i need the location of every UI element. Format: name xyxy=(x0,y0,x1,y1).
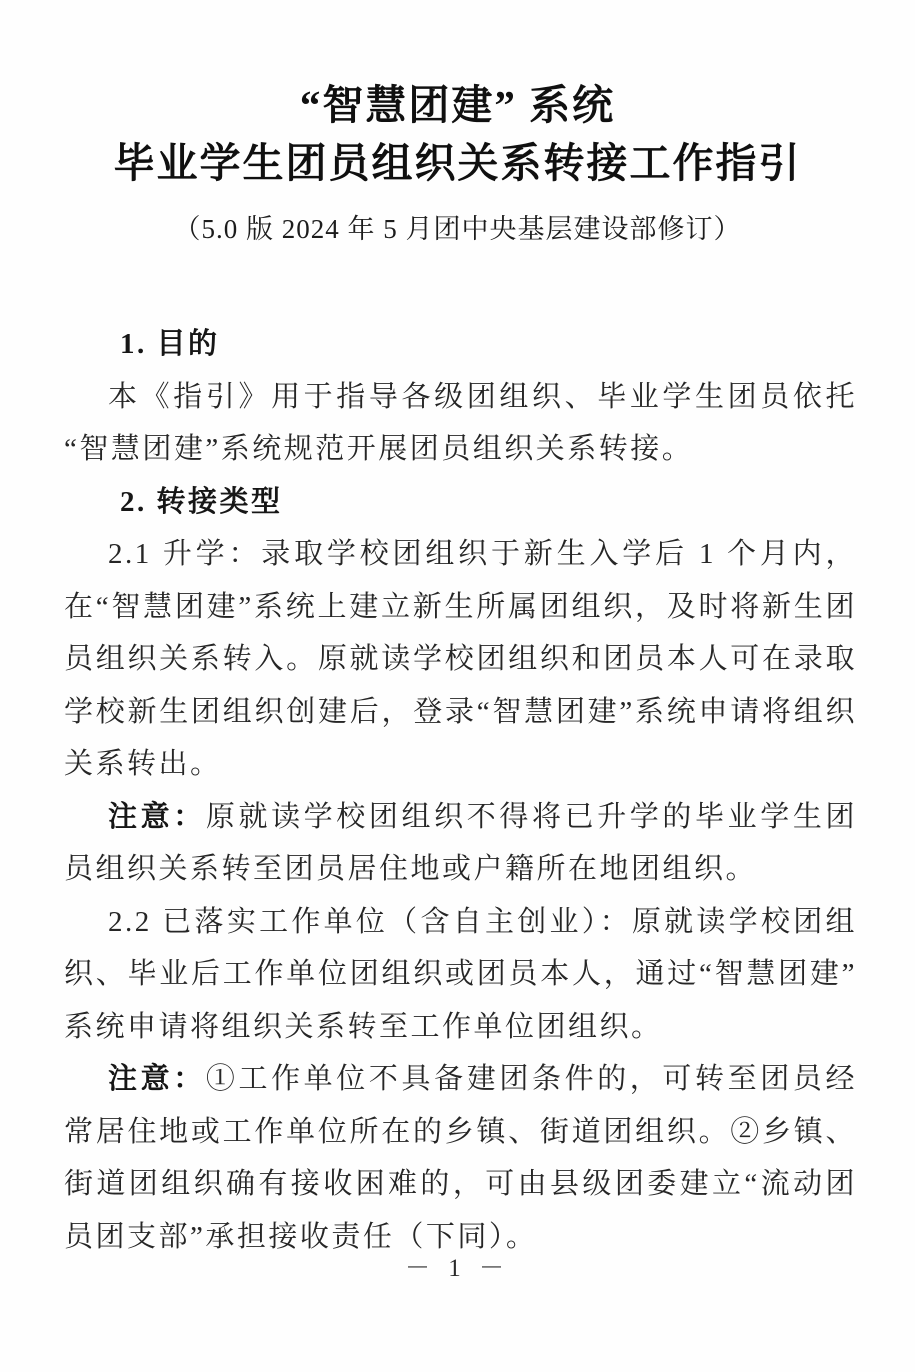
section-heading-purpose: 1. 目的 xyxy=(64,318,857,371)
section-label: 目的 xyxy=(157,328,220,360)
section-number: 2. xyxy=(120,486,147,518)
paragraph-purpose: 本《指引》用于指导各级团组织、毕业学生团员依托“智慧团建”系统规范开展团员组织关… xyxy=(64,371,857,476)
paragraph-2-1-further-study: 2.1 升学：录取学校团组织于新生入学后 1 个月内，在“智慧团建”系统上建立新… xyxy=(64,528,857,791)
paragraph-2-2-employment: 2.2 已落实工作单位（含自主创业）：原就读学校团组织、毕业后工作单位团组织或团… xyxy=(64,896,857,1054)
document-page: “智慧团建” 系统 毕业学生团员组织关系转接工作指引 （5.0 版 2024 年… xyxy=(0,0,915,1372)
paragraph-note-1: 注意：原就读学校团组织不得将已升学的毕业学生团员组织关系转至团员居住地或户籍所在… xyxy=(64,791,857,896)
document-title-line2: 毕业学生团员组织关系转接工作指引 xyxy=(114,140,802,186)
document-subtitle: （5.0 版 2024 年 5 月团中央基层建设部修订） xyxy=(0,210,915,248)
paragraph-note-2: 注意：①工作单位不具备建团条件的，可转至团员经常居住地或工作单位所在的乡镇、街道… xyxy=(64,1053,857,1263)
note-label: 注意： xyxy=(108,1063,206,1095)
section-heading-transfer-types: 2. 转接类型 xyxy=(64,476,857,529)
document-header: “智慧团建” 系统 毕业学生团员组织关系转接工作指引 （5.0 版 2024 年… xyxy=(0,0,915,248)
page-number: － 1 － xyxy=(0,1248,915,1284)
section-number: 1. xyxy=(120,328,147,360)
note-label: 注意： xyxy=(108,801,206,833)
document-body: 1. 目的 本《指引》用于指导各级团组织、毕业学生团员依托“智慧团建”系统规范开… xyxy=(64,318,857,1263)
document-title-line1: “智慧团建” 系统 xyxy=(300,82,615,128)
section-label: 转接类型 xyxy=(157,486,283,518)
document-title: “智慧团建” 系统 毕业学生团员组织关系转接工作指引 xyxy=(0,76,915,192)
